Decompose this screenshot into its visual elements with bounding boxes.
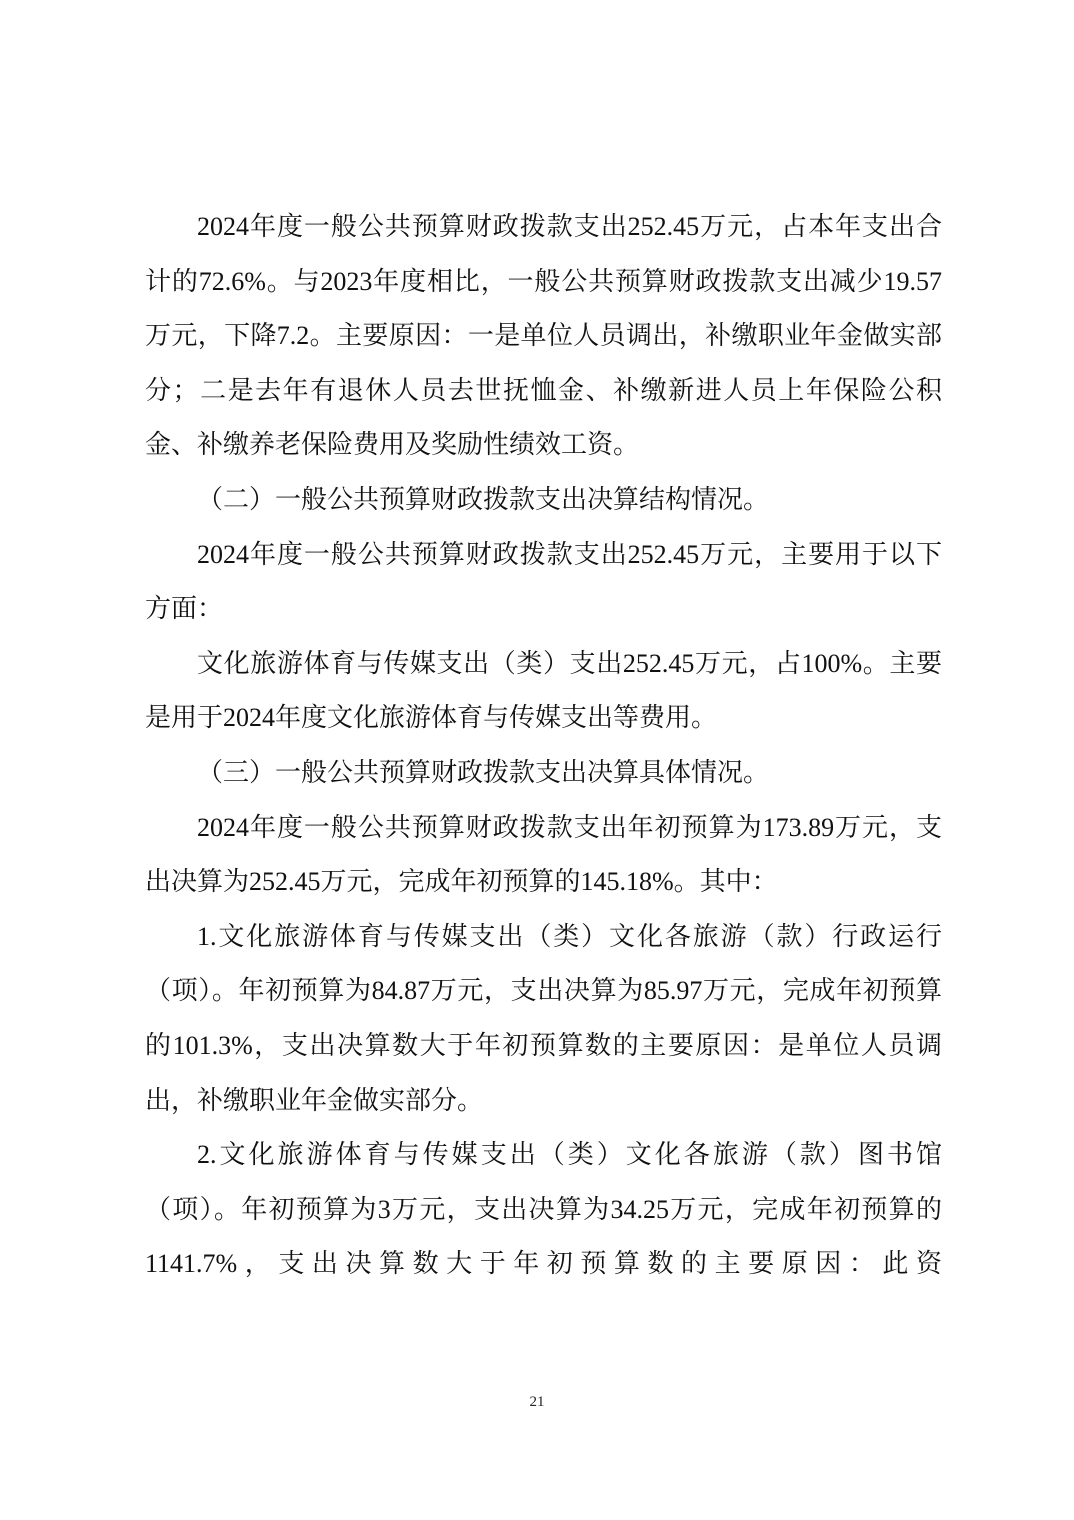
document-body: 2024年度一般公共预算财政拨款支出252.45万元，占本年支出合计的72.6%… bbox=[145, 200, 942, 1292]
paragraph-structure: 2024年度一般公共预算财政拨款支出252.45万元，主要用于以下方面： bbox=[145, 528, 942, 637]
heading-structure: （二）一般公共预算财政拨款支出决算结构情况。 bbox=[145, 473, 942, 528]
paragraph-culture-expenditure: 文化旅游体育与传媒支出（类）支出252.45万元，占100%。主要是用于2024… bbox=[145, 637, 942, 746]
paragraph-expenditure-summary: 2024年度一般公共预算财政拨款支出252.45万元，占本年支出合计的72.6%… bbox=[145, 200, 942, 473]
paragraph-item-1: 1.文化旅游体育与传媒支出（类）文化各旅游（款）行政运行（项）。年初预算为84.… bbox=[145, 910, 942, 1128]
page-number: 21 bbox=[0, 1394, 1074, 1411]
paragraph-details-summary: 2024年度一般公共预算财政拨款支出年初预算为173.89万元，支出决算为252… bbox=[145, 801, 942, 910]
paragraph-item-2: 2.文化旅游体育与传媒支出（类）文化各旅游（款）图书馆（项）。年初预算为3万元，… bbox=[145, 1128, 942, 1292]
heading-details: （三）一般公共预算财政拨款支出决算具体情况。 bbox=[145, 746, 942, 801]
